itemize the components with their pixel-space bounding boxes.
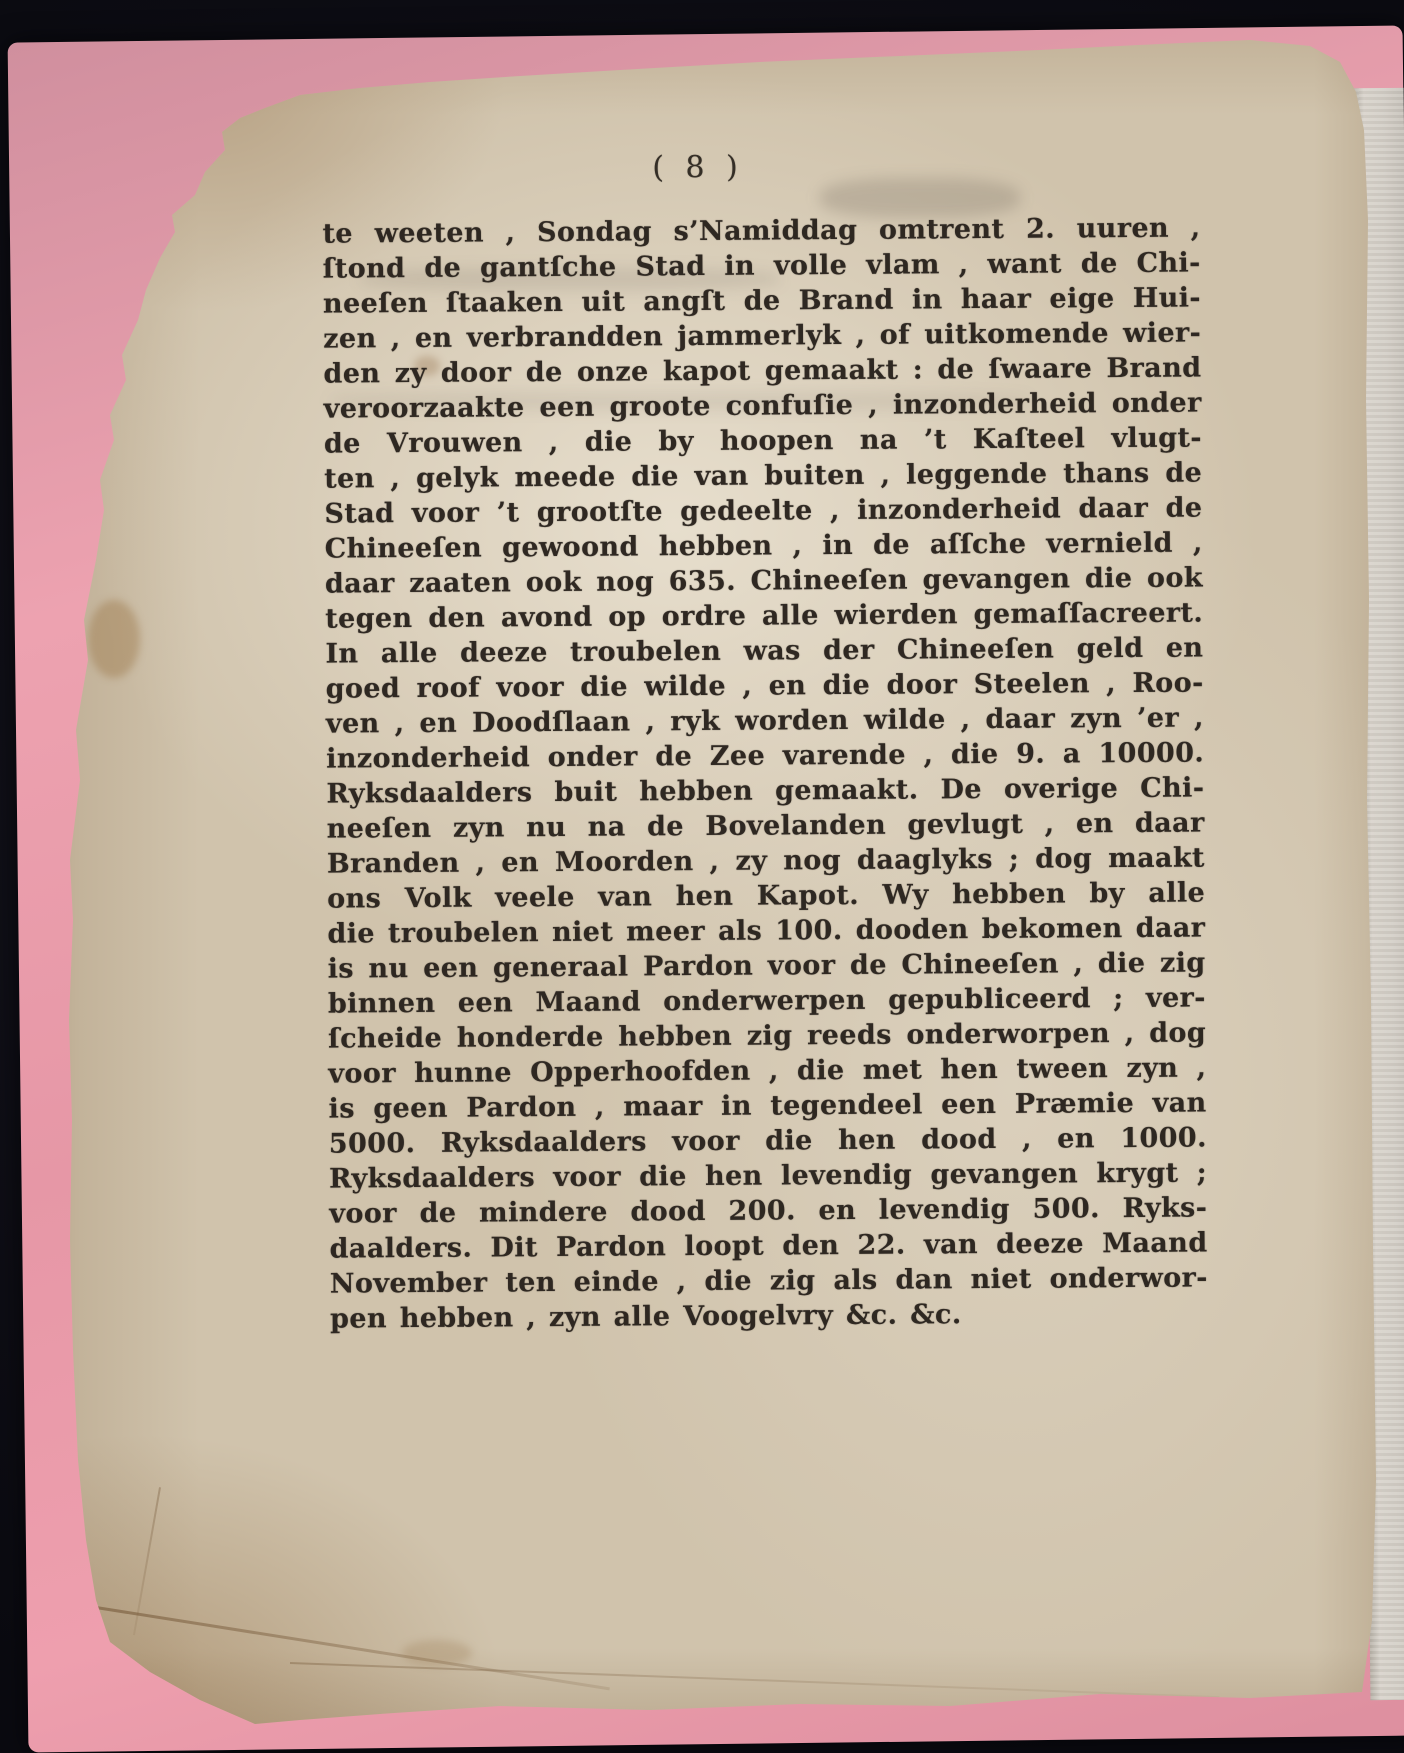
text-line: pen hebben , zyn alle Voogelvry &c. &c.: [330, 1295, 1208, 1336]
text-line: November ten einde , die zig als dan nie…: [330, 1260, 1208, 1301]
body-text: te weeten , Sondag s’Namiddag omtrent 2.…: [322, 211, 1208, 1337]
pamphlet-page: ( 8 ) te weeten , Sondag s’Namiddag omtr…: [0, 0, 1404, 1753]
photo-scene: ( 8 ) te weeten , Sondag s’Namiddag omtr…: [0, 0, 1404, 1753]
page-content: ( 8 ) te weeten , Sondag s’Namiddag omtr…: [0, 0, 1404, 1753]
